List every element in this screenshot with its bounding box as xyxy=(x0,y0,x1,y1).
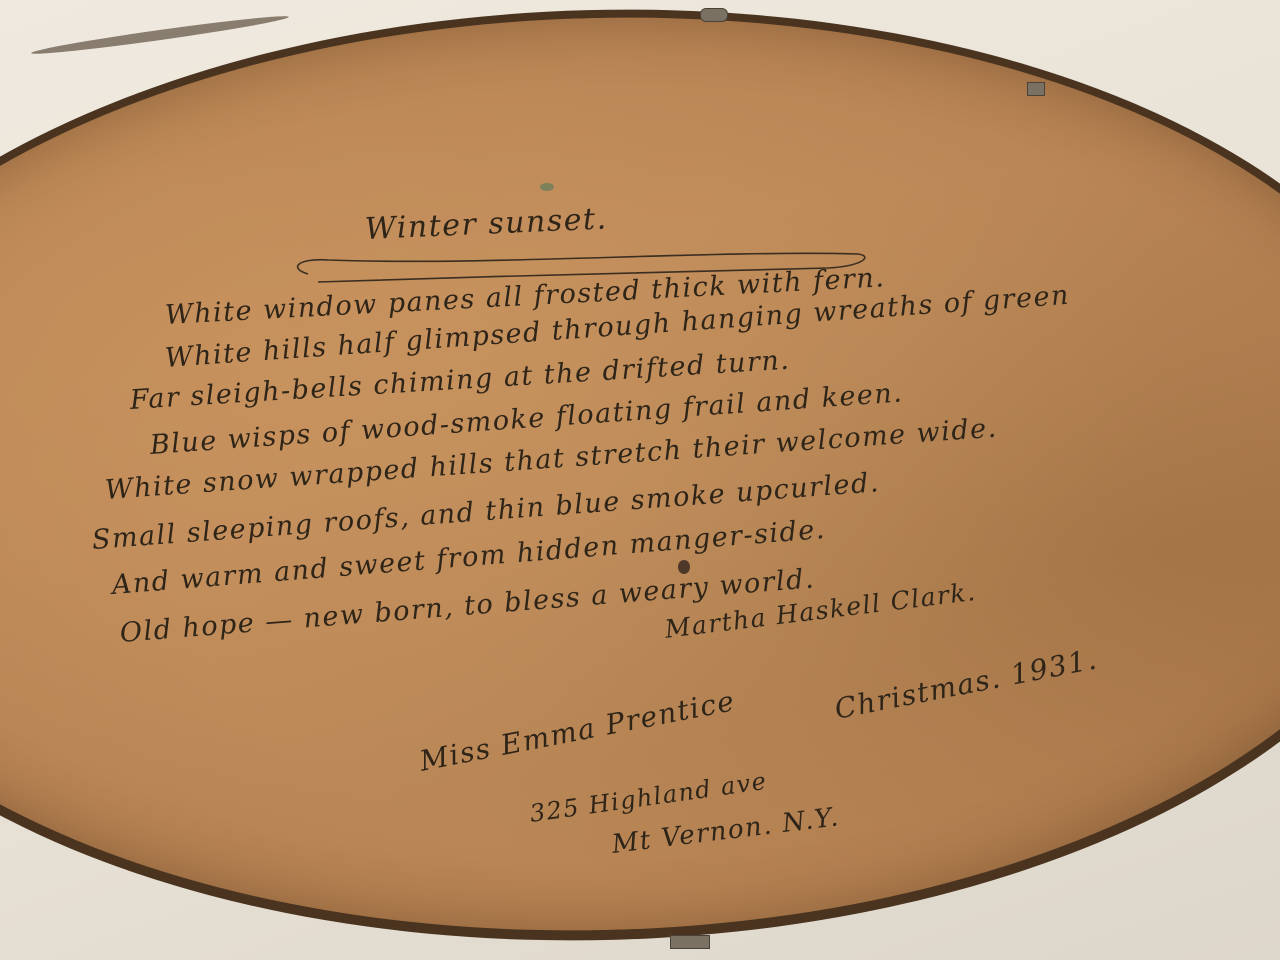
green-stain xyxy=(540,183,554,191)
frame-clip-icon xyxy=(700,8,728,22)
frame-clip-icon xyxy=(670,935,710,949)
photo-scene: Winter sunset. White window panes all fr… xyxy=(0,0,1280,960)
frame-clip-icon xyxy=(1027,82,1045,96)
ink-blot xyxy=(678,560,690,574)
paper-tear xyxy=(31,12,290,58)
